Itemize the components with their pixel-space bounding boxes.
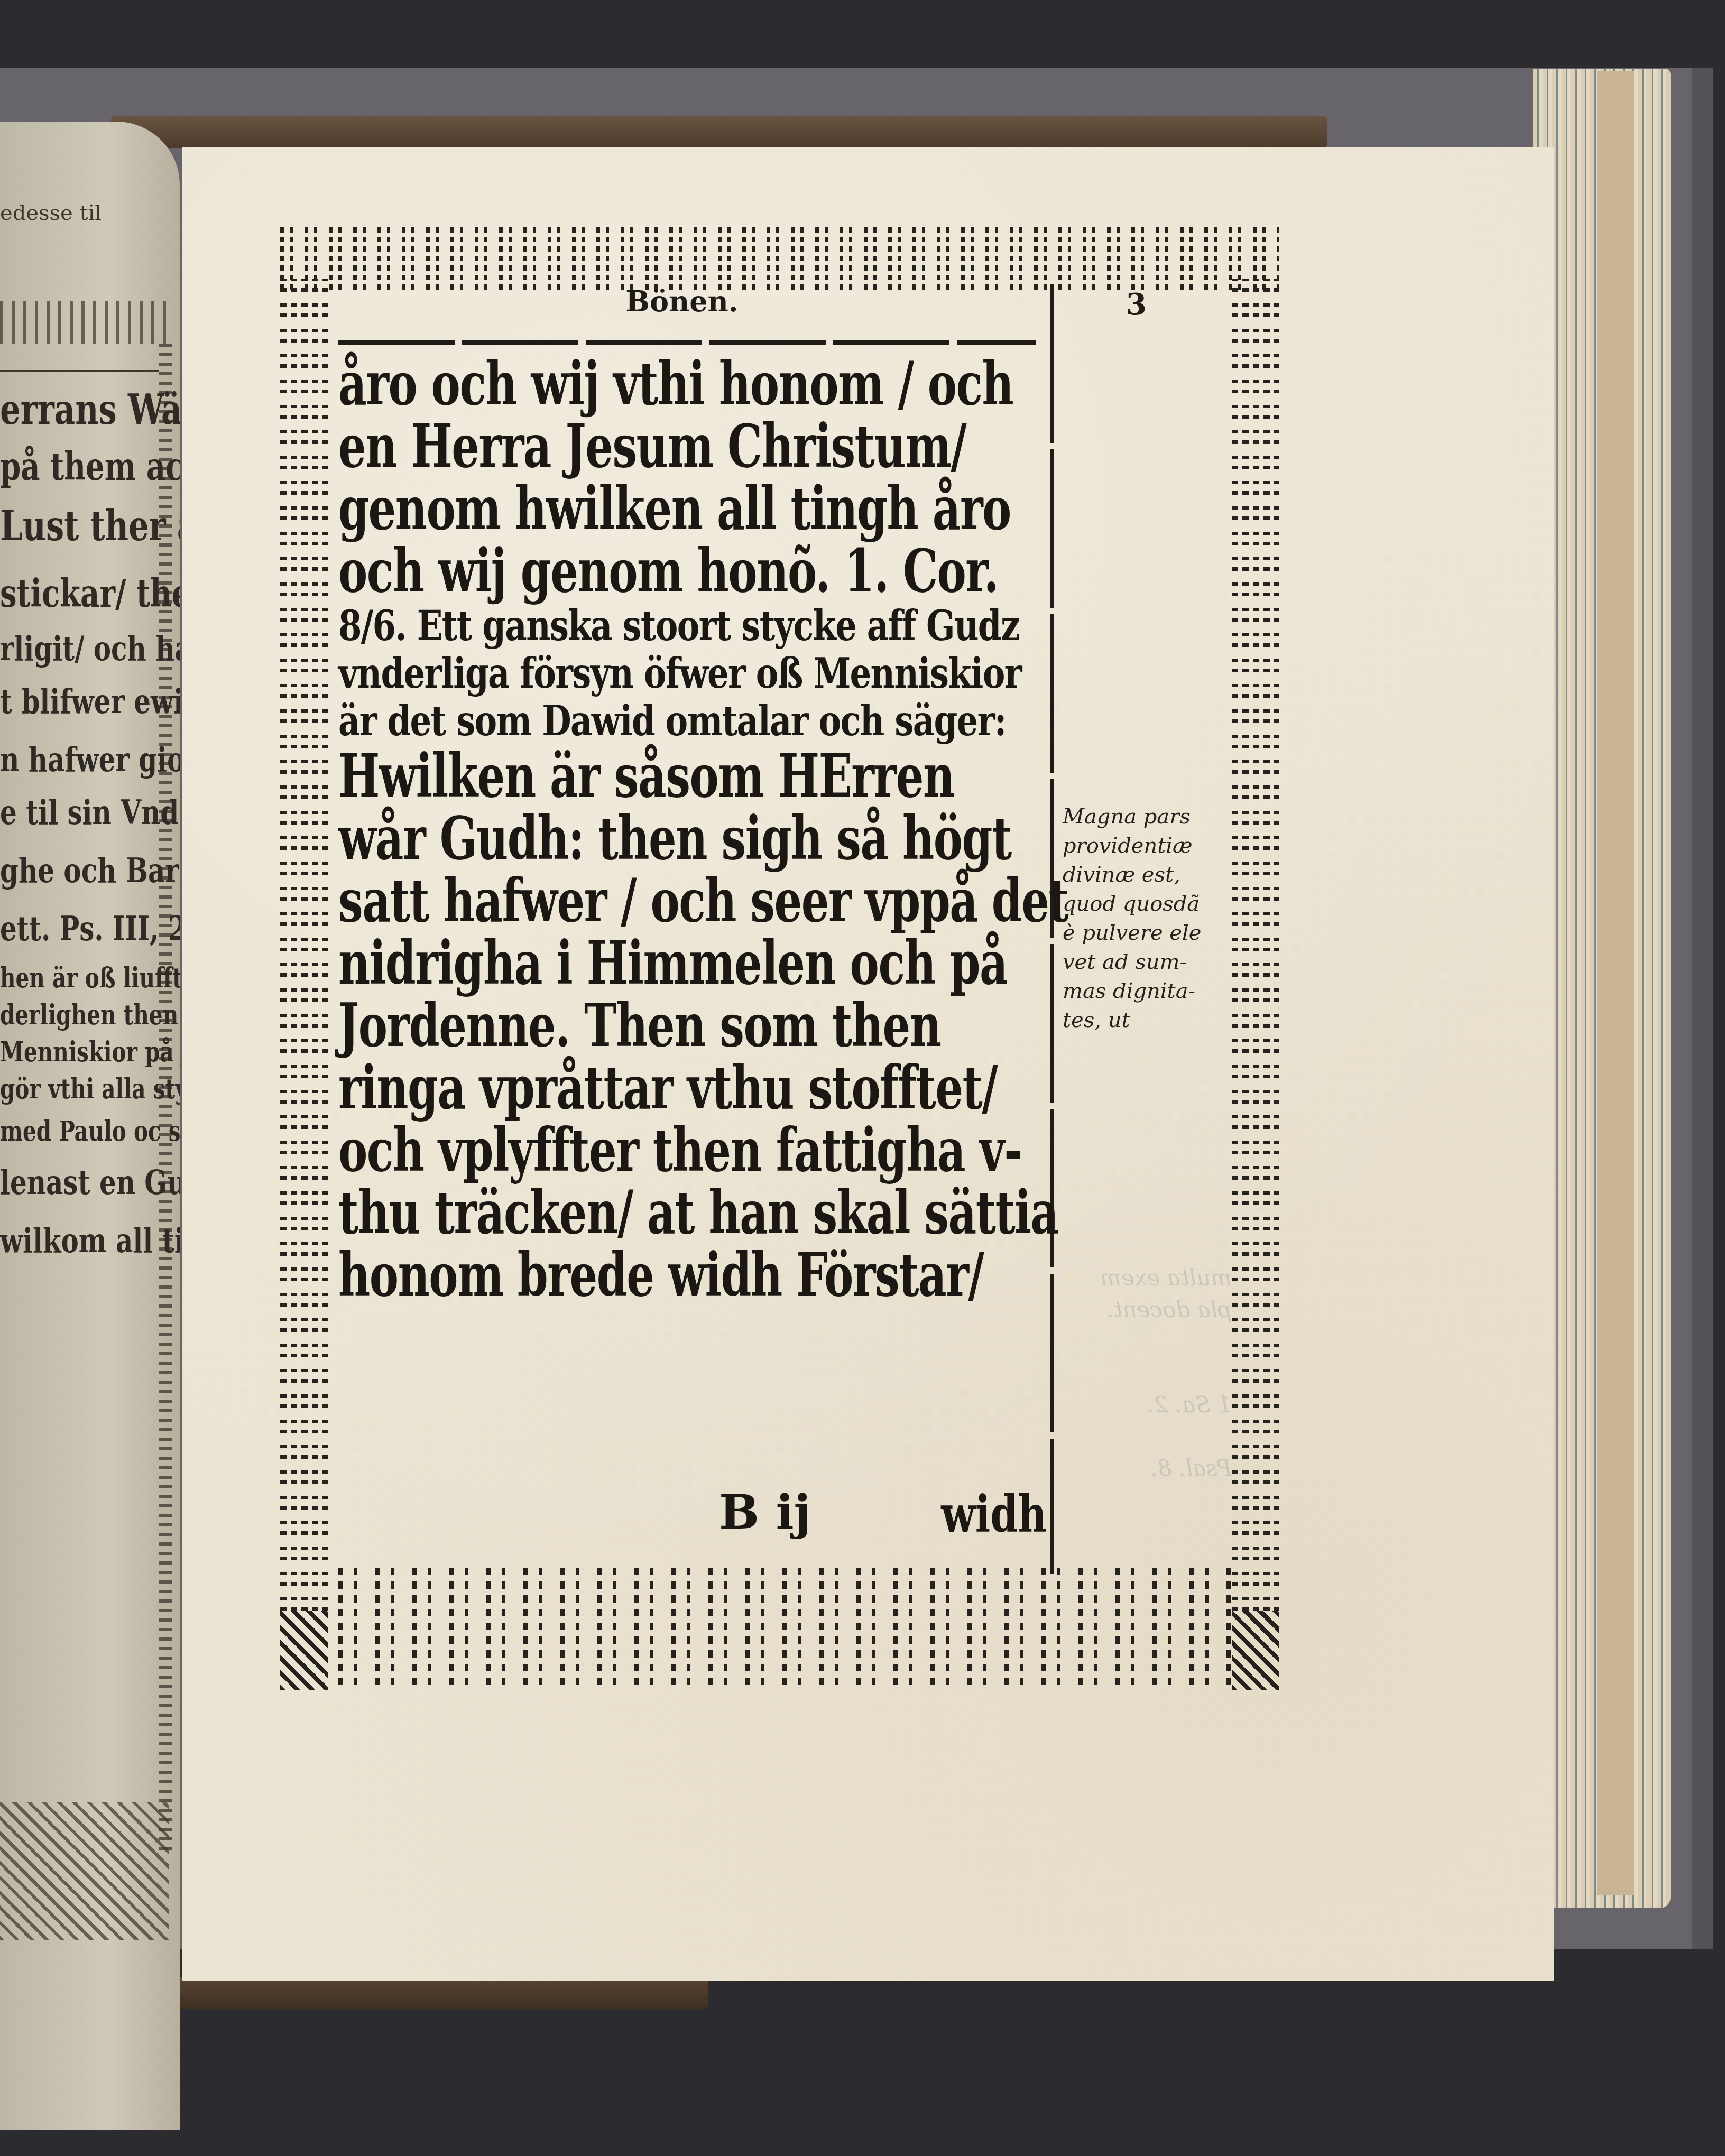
- left-page-line: ghe och Barm-: [0, 851, 124, 891]
- marginal-note-line: è pulvere ele: [1063, 919, 1237, 948]
- left-page-line: rligit/ och hans: [0, 629, 124, 669]
- show-through-text: multa exempla docent. 1 Sa. 2. Psal. 8.: [1073, 1262, 1232, 1484]
- left-page-running-head: edesse til: [0, 201, 102, 225]
- body-line: wår Gudh: then sigh så högt: [338, 808, 863, 870]
- left-page: edesse til errans Wärck:på them achtar/L…: [0, 122, 180, 2130]
- body-line: 8/6. Ett ganska stoort stycke aff Gudz: [338, 603, 919, 650]
- show-through-line: Psal. 8.: [1073, 1452, 1232, 1484]
- right-page: Bönen. 3 åro och wij vthi honom / och en…: [182, 147, 1554, 1981]
- left-border-ornament: [280, 279, 328, 1611]
- marginal-note-line: vet ad sum-: [1063, 948, 1237, 977]
- body-line: honom brede widh Förstar/: [338, 1244, 863, 1307]
- show-through-line: [1073, 1421, 1232, 1452]
- left-page-line: n hafwer giordt: [0, 740, 124, 780]
- body-line: är det som Dawid omtalar och säger:: [338, 698, 919, 745]
- bottom-right-corner-ornament: [1232, 1611, 1279, 1690]
- left-page-line: errans Wärck:: [0, 386, 124, 434]
- body-line: ringa vpråttar vthu stofftet/: [338, 1057, 863, 1119]
- headband-spine-bottom: [180, 1977, 708, 2009]
- body-line: satt hafwer / och seer vppå det: [338, 870, 863, 932]
- left-page-line: gör vthi alla stycker.: [0, 1073, 124, 1105]
- signature-mark: B ij: [719, 1484, 811, 1540]
- bottom-left-corner-ornament: [280, 1611, 328, 1690]
- mount-board-edge: [1692, 68, 1713, 1949]
- page-number: 3: [1126, 287, 1147, 322]
- left-page-line: Lust ther aff.: [0, 502, 124, 550]
- left-page-line: hen är oß liufft at be-: [0, 962, 124, 994]
- left-page-top-ornament: [0, 301, 169, 344]
- marginal-note-line: mas dignita-: [1063, 977, 1237, 1006]
- show-through-line: [1073, 1326, 1232, 1357]
- show-through-line: [1073, 1357, 1232, 1389]
- left-page-line: lenast en Gudh: [0, 1163, 124, 1202]
- body-line: Jordenne. Then som then: [338, 995, 863, 1057]
- body-line: genom hwilken all tingh åro: [338, 478, 863, 540]
- top-border-ornament: [280, 226, 1279, 290]
- marginal-note-line: Magna pars: [1063, 802, 1237, 831]
- right-border-ornament: [1232, 279, 1279, 1611]
- fore-edge-outer-leaves: [1597, 71, 1634, 1895]
- body-line: thu träcken/ at han skal sättia: [338, 1182, 863, 1244]
- body-line: nidrigha i Himmelen och på: [338, 932, 863, 995]
- body-line: Hwilken är såsom HErren: [338, 745, 863, 808]
- left-page-line: på them achtar/: [0, 444, 124, 489]
- running-head: Bönen.: [396, 284, 967, 318]
- direction-line: B ij widh: [338, 1484, 1047, 1542]
- headband-spine-top: [111, 116, 1327, 148]
- show-through-line: 1 Sa. 2.: [1073, 1389, 1232, 1421]
- head-rule: [338, 340, 1036, 345]
- body-line: åro och wij vthi honom / och: [338, 353, 863, 415]
- left-page-line: med Paulo oc säga:: [0, 1115, 124, 1148]
- marginal-note: Magna pars providentiæ divinæ est, quod …: [1063, 802, 1237, 1035]
- left-page-line: e til sin Vnder/: [0, 793, 124, 832]
- left-page-line: åro: [143, 1274, 180, 1292]
- body-line: och vplyffter then fattigha v-: [338, 1119, 863, 1182]
- body-line: vnderliga försyn öfwer oß Menniskior: [338, 650, 919, 698]
- catchword: widh: [941, 1484, 1047, 1544]
- left-page-line: derlighen then högste: [0, 999, 124, 1031]
- left-page-bottom-ornament: [0, 1802, 169, 1940]
- body-line: en Herra Jesum Christum/: [338, 415, 863, 478]
- ornamental-frame: Bönen. 3 åro och wij vthi honom / och en…: [280, 226, 1279, 1690]
- show-through-line: multa exem: [1073, 1262, 1232, 1294]
- left-page-line: Menniskior på Jor-: [0, 1036, 124, 1068]
- body-line: och wij genom honõ. 1. Cor.: [338, 540, 863, 603]
- left-page-head-rule: [0, 370, 159, 372]
- left-page-line: t blifwer ewin-: [0, 682, 124, 721]
- left-page-line: ett. Ps. III, 2, 3,: [0, 909, 124, 949]
- marginal-note-line: providentiæ: [1063, 831, 1237, 860]
- body-text-block: åro och wij vthi honom / och en Herra Je…: [338, 353, 1047, 1307]
- left-page-line: stickar/ thet är: [0, 571, 124, 616]
- marginal-note-line: tes, ut: [1063, 1006, 1237, 1035]
- show-through-line: pla docent.: [1073, 1294, 1232, 1326]
- marginal-note-line: quod quosdã: [1063, 890, 1237, 919]
- bottom-border-ornament: [338, 1563, 1232, 1685]
- marginal-note-line: divinæ est,: [1063, 860, 1237, 890]
- left-page-line: wilkom all ting: [0, 1221, 124, 1261]
